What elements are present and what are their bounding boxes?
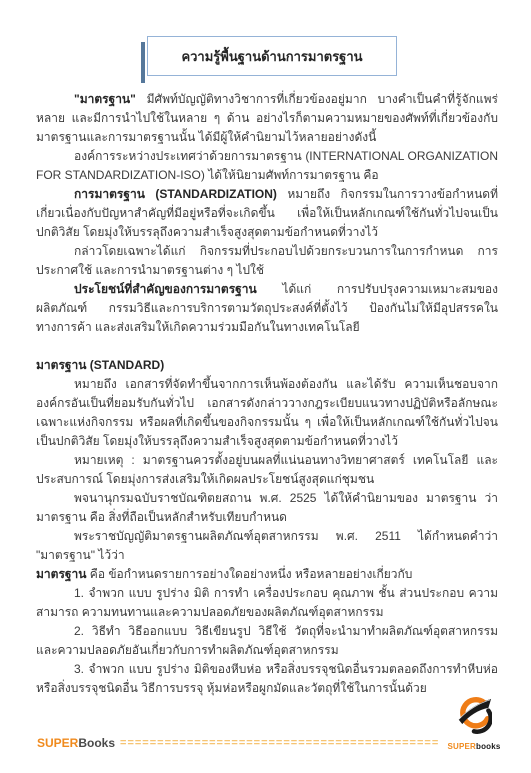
paragraph: การมาตรฐาน (STANDARDIZATION) หมายถึง กิจ…: [36, 185, 498, 242]
footer-brand-left-books: Books: [78, 736, 115, 750]
section-heading: มาตรฐาน (STANDARD): [36, 356, 498, 375]
paragraph: หมายเหตุ : มาตรฐานควรตั้งอยู่บนผลที่แน่น…: [36, 451, 498, 489]
title-accent-bar: [141, 42, 145, 83]
footer-brand-left: SUPERBooks: [37, 736, 115, 751]
footer-separator-line: ========================================…: [120, 737, 438, 751]
paragraph: พระราชบัญญัติมาตรฐานผลิตภัณฑ์อุตสาหกรรม …: [36, 527, 498, 565]
paragraph: 1. จำพวก แบบ รูปร่าง มิติ การทำ เครื่องป…: [36, 584, 498, 622]
footer-brand-right-super: SUPER: [447, 742, 476, 751]
paragraph: องค์การระหว่างประเทศว่าด้วยการมาตรฐาน (I…: [36, 147, 498, 185]
document-page: ความรู้พื้นฐานด้านการมาตรฐาน "มาตรฐาน" ม…: [0, 0, 531, 773]
document-body: "มาตรฐาน" มีศัพท์บัญญัติทางวิชาการที่เกี…: [36, 90, 498, 698]
paragraph: 2. วิธีทำ วิธีออกแบบ วิธีเขียนรูป วิธีใช…: [36, 622, 498, 660]
page-footer: SUPERBooks =============================…: [37, 696, 505, 751]
paragraph: มาตรฐาน คือ ข้อกำหนดรายการอย่างใดอย่างหน…: [36, 565, 498, 584]
paragraph: หมายถึง เอกสารที่จัดทำขึ้นจากการเห็นพ้อง…: [36, 375, 498, 451]
footer-brand-right-label: SUPERbooks: [447, 742, 500, 751]
paragraph: "มาตรฐาน" มีศัพท์บัญญัติทางวิชาการที่เกี…: [36, 90, 498, 147]
footer-brand-right-books: books: [476, 742, 501, 751]
title-box-container: ความรู้พื้นฐานด้านการมาตรฐาน: [147, 36, 397, 76]
footer-brand-left-super: SUPER: [37, 736, 78, 750]
page-title: ความรู้พื้นฐานด้านการมาตรฐาน: [147, 36, 397, 76]
paragraph: พจนานุกรมฉบับราชบัณฑิตยสถาน พ.ศ. 2525 ได…: [36, 489, 498, 527]
paragraph: 3. จำพวก แบบ รูปร่าง มิติของหีบห่อ หรือส…: [36, 660, 498, 698]
footer-brand-right: SUPERbooks: [443, 696, 505, 751]
paragraph: ประโยชน์ที่สำคัญของการมาตรฐาน ได้แก่ การ…: [36, 280, 498, 337]
superbooks-logo-icon: [456, 696, 492, 741]
paragraph: กล่าวโดยเฉพาะได้แก่ กิจกรรมที่ประกอบไปด้…: [36, 242, 498, 280]
